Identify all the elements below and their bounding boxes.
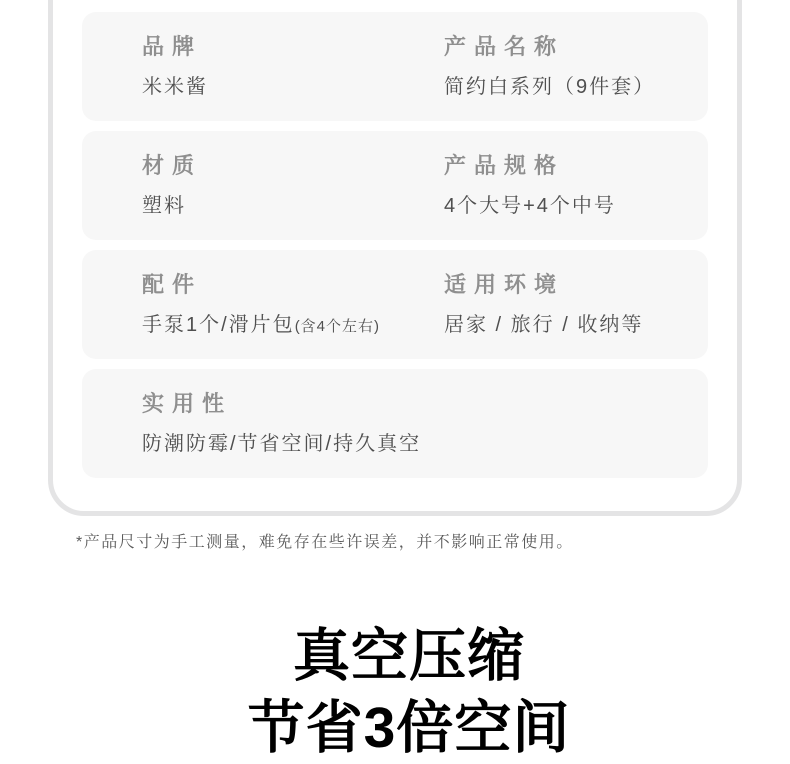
headline-line-1: 真空压缩 xyxy=(28,620,790,692)
spec-cell-brand: 品牌 米米酱 xyxy=(142,33,444,121)
spec-value-product-name: 简约白系列（9件套） xyxy=(444,74,708,100)
spec-value-accessories-main: 手泵1个/滑片包 xyxy=(142,314,295,336)
spec-value-practicality: 防潮防霉/节省空间/持久真空 xyxy=(142,431,708,457)
spec-cell-practicality: 实用性 防潮防霉/节省空间/持久真空 xyxy=(142,390,708,478)
headline-line-2: 节省3倍空间 xyxy=(28,692,790,764)
spec-value-product-spec: 4个大号+4个中号 xyxy=(444,193,708,219)
spec-value-accessories-note: (含4个左右) xyxy=(295,318,380,335)
product-spec-card: 品牌 米米酱 产品名称 简约白系列（9件套） 材质 塑料 产品规格 4个大号+4… xyxy=(48,0,742,516)
spec-value-accessories: 手泵1个/滑片包(含4个左右) xyxy=(142,312,444,340)
spec-value-brand: 米米酱 xyxy=(142,74,444,100)
spec-row-material-spec: 材质 塑料 产品规格 4个大号+4个中号 xyxy=(82,131,708,240)
spec-row-accessories-environment: 配件 手泵1个/滑片包(含4个左右) 适用环境 居家 / 旅行 / 收纳等 xyxy=(82,250,708,359)
headline: 真空压缩 节省3倍空间 xyxy=(0,620,790,764)
spec-cell-accessories: 配件 手泵1个/滑片包(含4个左右) xyxy=(142,271,444,359)
spec-cell-environment: 适用环境 居家 / 旅行 / 收纳等 xyxy=(444,271,708,359)
spec-cell-material: 材质 塑料 xyxy=(142,152,444,240)
spec-label-product-name: 产品名称 xyxy=(444,33,708,61)
spec-label-brand: 品牌 xyxy=(142,33,444,61)
measurement-disclaimer-note: *产品尺寸为手工测量，难免存在些许误差，并不影响正常使用。 xyxy=(76,533,574,553)
spec-label-practicality: 实用性 xyxy=(142,390,708,418)
spec-cell-product-name: 产品名称 简约白系列（9件套） xyxy=(444,33,708,121)
spec-label-environment: 适用环境 xyxy=(444,271,708,299)
spec-row-brand-productname: 品牌 米米酱 产品名称 简约白系列（9件套） xyxy=(82,12,708,121)
spec-value-material: 塑料 xyxy=(142,193,444,219)
spec-rows: 品牌 米米酱 产品名称 简约白系列（9件套） 材质 塑料 产品规格 4个大号+4… xyxy=(82,12,708,488)
spec-value-environment: 居家 / 旅行 / 收纳等 xyxy=(444,312,708,338)
spec-label-product-spec: 产品规格 xyxy=(444,152,708,180)
spec-label-accessories: 配件 xyxy=(142,271,444,299)
spec-label-material: 材质 xyxy=(142,152,444,180)
spec-cell-product-spec: 产品规格 4个大号+4个中号 xyxy=(444,152,708,240)
spec-row-practicality: 实用性 防潮防霉/节省空间/持久真空 xyxy=(82,369,708,478)
